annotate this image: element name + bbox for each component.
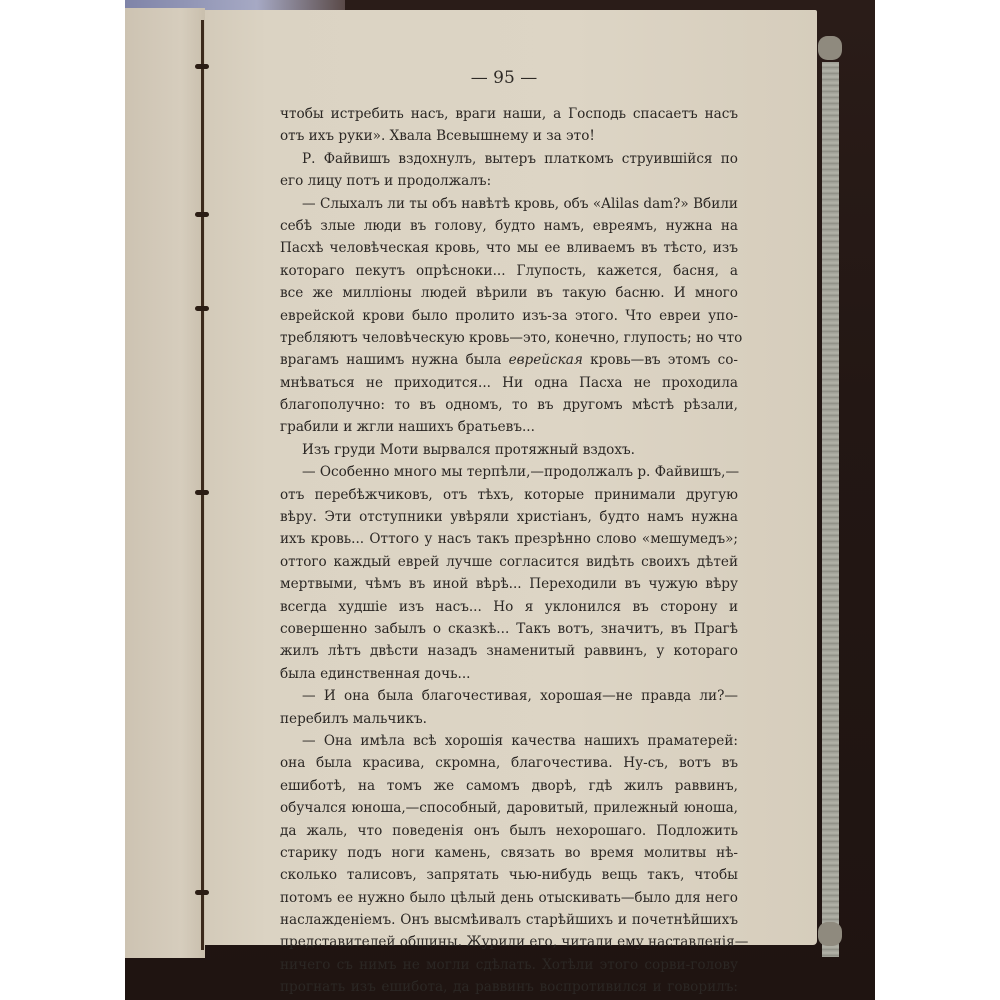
- text-line: врагамъ нашимъ нужна была еврейская кров…: [280, 349, 738, 371]
- binding-gutter: [201, 20, 204, 950]
- spine-headband: [818, 36, 842, 60]
- text-line: перебилъ мальчикъ.: [280, 708, 738, 730]
- binding-stitch: [195, 64, 209, 69]
- page-number: — 95 —: [280, 68, 728, 88]
- text-line: представителей общины. Журили его, читал…: [280, 931, 738, 953]
- text-line: Р. Файвишъ вздохнулъ, вытеръ платкомъ ст…: [280, 148, 738, 170]
- text-line: все же миллiоны людей вѣрили въ такую ба…: [280, 282, 738, 304]
- text-line: ешиботѣ, на томъ же самомъ дворѣ, гдѣ жи…: [280, 775, 738, 797]
- text-line: отъ перебѣжчиковъ, отъ тѣхъ, которые при…: [280, 484, 738, 506]
- text-line: сколько талисовъ, запрятать чью-нибудь в…: [280, 864, 738, 886]
- page-text: чтобы истребить насъ, враги наши, а Госп…: [280, 103, 738, 999]
- text-line: благополучно: то въ одномъ, то въ другом…: [280, 394, 738, 416]
- text-line: чтобы истребить насъ, враги наши, а Госп…: [280, 103, 738, 125]
- text-line: его лицу потъ и продолжалъ:: [280, 170, 738, 192]
- text-line: еврейской крови было пролито изъ-за этог…: [280, 305, 738, 327]
- text-line: грабили и жгли нашихъ братьевъ...: [280, 416, 738, 438]
- text-line: обучался юноша,—способный, даровитый, пр…: [280, 797, 738, 819]
- text-line: была единственная дочь...: [280, 663, 738, 685]
- text-line: — Она имѣла всѣ хорошiя качества нашихъ …: [280, 730, 738, 752]
- text-line: прогнать изъ ешибота, да раввинъ воспрот…: [280, 976, 738, 998]
- spine-tailband: [818, 922, 842, 946]
- text-line: Изъ груди Моти вырвался протяжный вздохъ…: [280, 439, 738, 461]
- text-line: мнѣваться не приходится... Ни одна Пасха…: [280, 372, 738, 394]
- text-line: — Особенно много мы терпѣли,—продолжалъ …: [280, 461, 738, 483]
- text-line: вѣру. Эти отступники увѣряли христiанъ, …: [280, 506, 738, 528]
- binding-stitch: [195, 212, 209, 217]
- text-line: Пасхѣ человѣческая кровь, что мы ее влив…: [280, 237, 738, 259]
- text-line: да жаль, что поведенiя онъ былъ нехороша…: [280, 820, 738, 842]
- left-page-edge: [125, 8, 205, 958]
- text-line: она была красива, скромна, благочестива.…: [280, 752, 738, 774]
- text-line: всегда худшiе изъ насъ... Но я уклонился…: [280, 596, 738, 618]
- text-line: совершенно забылъ о сказкѣ... Такъ вотъ,…: [280, 618, 738, 640]
- text-line: мертвыми, чѣмъ въ иной вѣрѣ... Переходил…: [280, 573, 738, 595]
- text-line: ничего съ нимъ не могли сдѣлать. Хотѣли …: [280, 954, 738, 976]
- text-line: наслажденiемъ. Онъ высмѣивалъ старѣйшихъ…: [280, 909, 738, 931]
- text-line: старику подъ ноги камень, связать во вре…: [280, 842, 738, 864]
- text-line: себѣ злые люди въ голову, будто намъ, ев…: [280, 215, 738, 237]
- text-line: — Слыхалъ ли ты объ навѣтѣ кровь, объ «A…: [280, 193, 738, 215]
- text-line: — И она была благочестивая, хорошая—не п…: [280, 685, 738, 707]
- text-line: оттого каждый еврей лучше согласится вид…: [280, 551, 738, 573]
- text-line: ихъ кровь... Оттого у насъ такъ презрѣнн…: [280, 528, 738, 550]
- text-line: потомъ ее нужно было цѣлый день отыскива…: [280, 887, 738, 909]
- binding-stitch: [195, 306, 209, 311]
- book-spine: [822, 62, 839, 957]
- text-line: котораго пекутъ опрѣсноки... Глупость, к…: [280, 260, 738, 282]
- binding-stitch: [195, 490, 209, 495]
- text-line: требляютъ человѣческую кровь—это, конечн…: [280, 327, 738, 349]
- text-line: жилъ лѣтъ двѣсти назадъ знаменитый равви…: [280, 640, 738, 662]
- text-line: отъ ихъ руки». Хвала Всевышнему и за это…: [280, 125, 738, 147]
- binding-stitch: [195, 890, 209, 895]
